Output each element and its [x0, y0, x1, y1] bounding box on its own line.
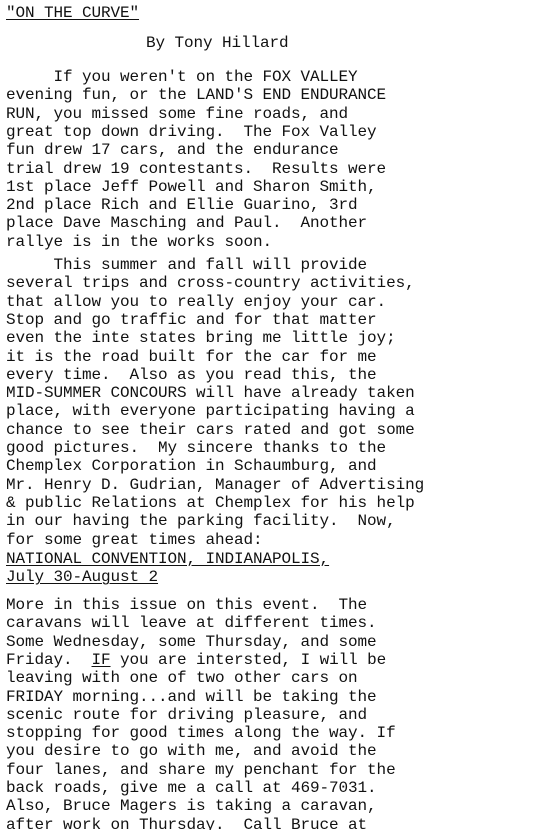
text-line: back roads, give me a call at 469-7031. — [6, 779, 377, 797]
text-line: it is the road built for the car for me — [6, 348, 377, 366]
text-line: stopping for good times along the way. I… — [6, 724, 396, 742]
text-span: Friday. — [6, 651, 92, 669]
text-line: good pictures. My sincere thanks to the — [6, 439, 386, 457]
text-line: & public Relations at Chemplex for his h… — [6, 494, 415, 512]
byline: By Tony Hillard — [146, 34, 289, 52]
text-line: This summer and fall will provide — [6, 256, 367, 274]
text-line: FRIDAY morning...and will be taking the — [6, 688, 377, 706]
text-line: MID-SUMMER CONCOURS will have already ta… — [6, 384, 415, 402]
text-line: four lanes, and share my penchant for th… — [6, 761, 396, 779]
text-line: If you weren't on the FOX VALLEY — [6, 68, 358, 86]
text-line: even the inte states bring me little joy… — [6, 329, 396, 347]
text-line: Chemplex Corporation in Schaumburg, and — [6, 457, 377, 475]
text-line: fun drew 17 cars, and the endurance — [6, 141, 339, 159]
text-line: July 30-August 2 — [6, 568, 158, 586]
text-line: chance to see their cars rated and got s… — [6, 421, 415, 439]
text-line: place Dave Masching and Paul. Another — [6, 214, 367, 232]
text-line: NATIONAL CONVENTION, INDIANAPOLIS, — [6, 550, 329, 568]
text-line: More in this issue on this event. The — [6, 596, 367, 614]
text-line: every time. Also as you read this, the — [6, 366, 377, 384]
text-line: Mr. Henry D. Gudrian, Manager of Adverti… — [6, 476, 424, 494]
text-line: Some Wednesday, some Thursday, and some — [6, 633, 377, 651]
text-line: Friday. IF you are intersted, I will be — [6, 651, 386, 669]
text-line: that allow you to really enjoy your car. — [6, 293, 386, 311]
text-line: Stop and go traffic and for that matter — [6, 311, 377, 329]
text-line: great top down driving. The Fox Valley — [6, 123, 377, 141]
text-line: trial drew 19 contestants. Results were — [6, 160, 386, 178]
text-line: in our having the parking facility. Now, — [6, 512, 396, 530]
text-line: place, with everyone participating havin… — [6, 402, 415, 420]
emphasis-if: IF — [92, 651, 111, 669]
text-line: RUN, you missed some fine roads, and — [6, 105, 348, 123]
text-span: you are intersted, I will be — [111, 651, 387, 669]
text-line: Also, Bruce Magers is taking a caravan, — [6, 797, 377, 815]
text-line: rallye is in the works soon. — [6, 233, 272, 251]
text-line: 1st place Jeff Powell and Sharon Smith, — [6, 178, 377, 196]
text-line: 2nd place Rich and Ellie Guarino, 3rd — [6, 196, 358, 214]
text-line: leaving with one of two other cars on — [6, 669, 358, 687]
text-line: you desire to go with me, and avoid the — [6, 742, 377, 760]
text-line: scenic route for driving pleasure, and — [6, 706, 367, 724]
text-line: after work on Thursday. Call Bruce at — [6, 816, 367, 830]
text-line: caravans will leave at different times. — [6, 614, 377, 632]
text-line: evening fun, or the LAND'S END ENDURANCE — [6, 86, 386, 104]
text-line: for some great times ahead: — [6, 531, 263, 549]
text-line: several trips and cross-country activiti… — [6, 274, 415, 292]
article-title: "ON THE CURVE" — [6, 4, 139, 22]
